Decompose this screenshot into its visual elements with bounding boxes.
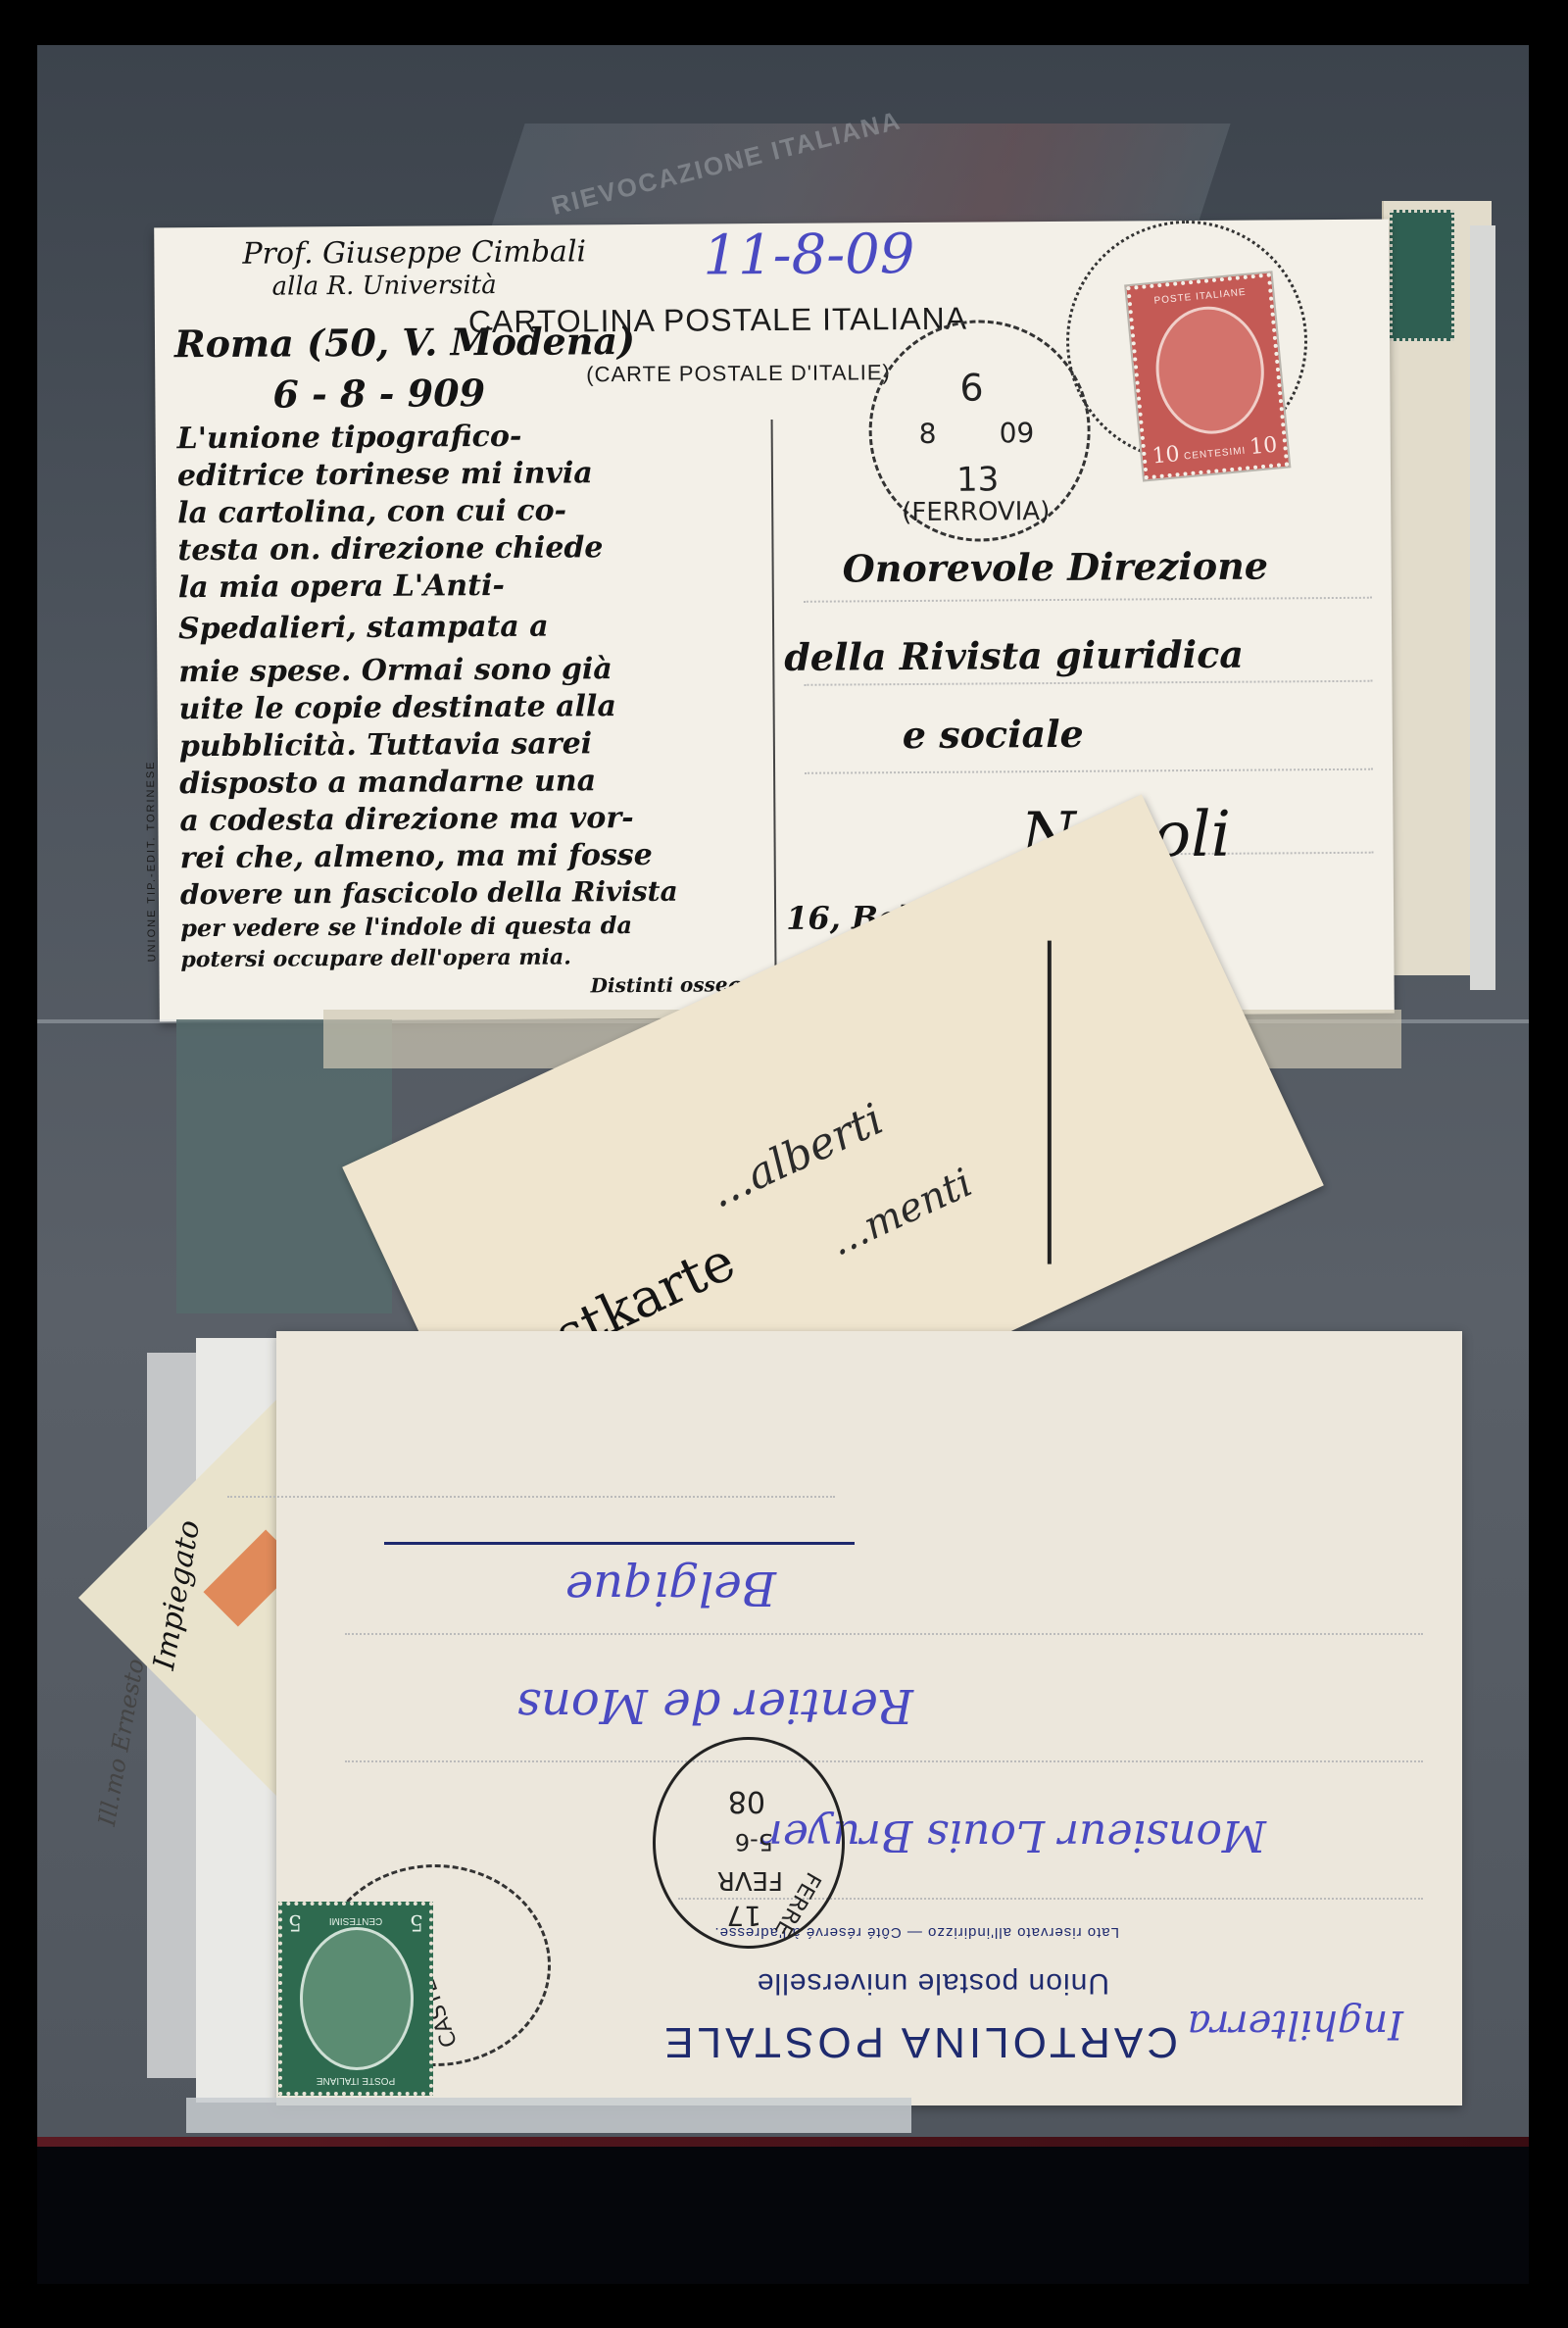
sender-affiliation: alla R. Università: [272, 271, 497, 302]
address-line-2: della Rivista giuridica: [784, 632, 1244, 679]
printed-subtitle: Union postale universelle: [757, 1966, 1109, 2000]
message-line: dovere un fascicolo della Rivista: [180, 875, 678, 912]
address-underline: [384, 1542, 855, 1545]
address-line: [805, 768, 1373, 774]
postkarte-address-1: ...alberti: [702, 1094, 891, 1217]
message-line: la cartolina, con cui co-: [177, 493, 566, 530]
address-line-1: Onorevole Direzione: [842, 543, 1268, 590]
message-line: Spedalieri, stampata a: [178, 610, 549, 647]
green-stamp-icon: [1390, 210, 1454, 341]
message-line: a codesta direzione ma vor-: [179, 801, 633, 838]
postkarte-divider: [1048, 941, 1052, 1264]
postmark-arrival: 17 FEVR 5-6 08 FERRE: [653, 1737, 845, 1949]
postcard-top[interactable]: Prof. Giuseppe Cimbali alla R. Universit…: [154, 220, 1395, 1022]
stamp-5-centesimi: POSTE ITALIANE 5 5 CENTESIMI: [278, 1902, 433, 2096]
address-line: [345, 1760, 1423, 1762]
printed-title: CARTOLINA POSTALE: [661, 2017, 1178, 2066]
sender-name: Prof. Giuseppe Cimbali: [242, 234, 586, 271]
message-line: L'unione tipografico-: [177, 420, 522, 456]
date-written: 6 - 8 - 909: [272, 371, 485, 417]
card-edge-right: [1470, 225, 1495, 990]
king-portrait-icon: [300, 1927, 414, 2070]
postmark-roma: 6 8 09 13 (FERROVIA): [868, 320, 1092, 543]
message-line: rei che, almeno, ma mi fosse: [180, 838, 653, 875]
address-line-3: e sociale: [903, 712, 1084, 757]
message-line: la mia opera L'Anti-: [178, 569, 505, 605]
message-line: disposto a mandarne una: [179, 764, 596, 801]
printed-title: CARTOLINA POSTALE ITALIANA: [468, 301, 967, 341]
postkarte-address-2: ...menti: [823, 1161, 979, 1265]
received-date: 11-8-09: [703, 223, 914, 288]
address-line: [227, 1496, 835, 1498]
message-line: per vedere se l'indole di questa da: [180, 911, 632, 942]
message-line: testa on. direzione chiede: [177, 530, 603, 568]
printed-subtitle: (CARTE POSTALE D'ITALIE): [586, 360, 891, 387]
stamp-10-centesimi: POSTE ITALIANE 10 10 CENTESIMI: [1126, 272, 1289, 479]
card-divider: [771, 420, 777, 998]
message-line: uite le copie destinate alla: [178, 689, 615, 726]
address-line: [804, 597, 1372, 603]
message-line: potersi occupare dell'opera mia.: [180, 944, 571, 972]
printer-imprint: UNIONE TIP.-EDIT. TORINESE: [145, 760, 158, 962]
message-line: pubblicità. Tuttavia sarei: [179, 726, 592, 764]
message-line: mie spese. Ormai sono già: [178, 652, 612, 689]
extra-handwriting: Inghilterra: [1188, 2002, 1403, 2047]
sleeve-bottom-strip: [186, 2098, 911, 2133]
album-bottom-band: [37, 2137, 1529, 2147]
album-base: [37, 2147, 1529, 2284]
king-portrait-icon: [1151, 302, 1270, 439]
message-line: editrice torinese mi invia: [177, 456, 593, 493]
address-line: [804, 680, 1372, 686]
address-line-2: Rentier de Mons: [516, 1678, 913, 1733]
postcard-upside-down[interactable]: CARTOLINA POSTALE Union postale universe…: [276, 1331, 1462, 2105]
address-line-3: Belgique: [565, 1560, 776, 1615]
address-line: [345, 1633, 1423, 1635]
